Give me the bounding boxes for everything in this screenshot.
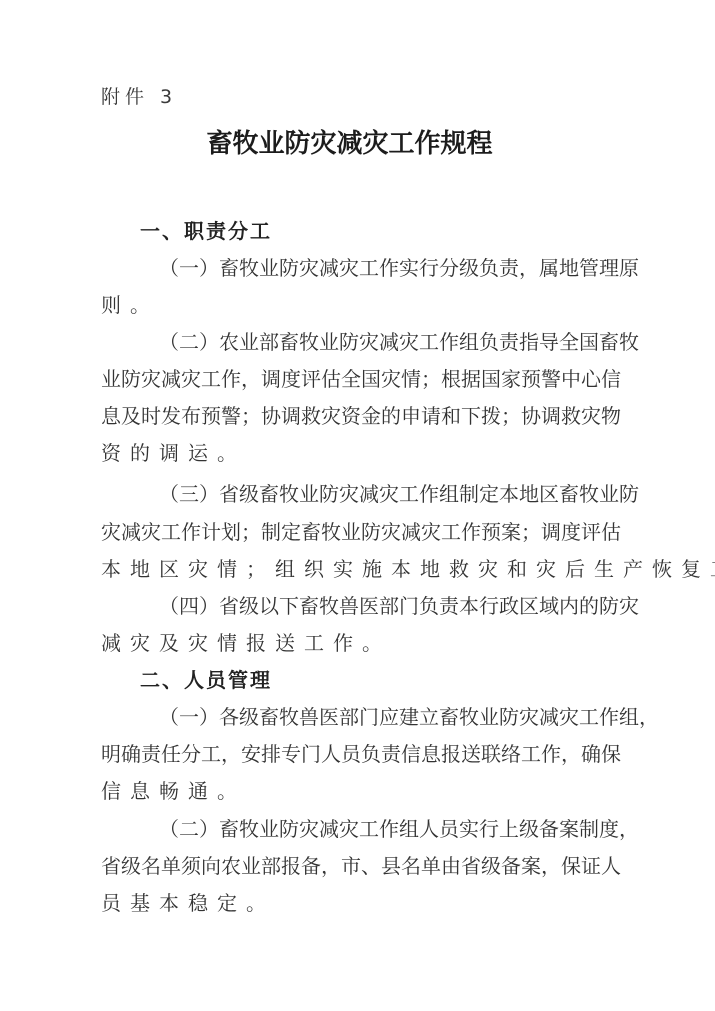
paragraph-line: 资的调运。 [101, 438, 598, 468]
paragraph-line: （四）省级以下畜牧兽医部门负责本行政区域内的防灾 [159, 591, 598, 621]
paragraph-line: 减灾及灾情报送工作。 [101, 628, 598, 658]
paragraph-line: 本地区灾情；组织实施本地救灾和灾后生产恢复工作。 [101, 554, 598, 584]
paragraph-line: 信息畅通。 [101, 776, 598, 806]
document-title: 畜牧业防灾减灾工作规程 [101, 126, 598, 162]
paragraph-line: （一）各级畜牧兽医部门应建立畜牧业防灾减灾工作组， [159, 702, 598, 732]
section-heading-duties: 一、职责分工 [140, 216, 272, 246]
paragraph-line: 灾减灾工作计划；制定畜牧业防灾减灾工作预案；调度评估 [101, 517, 598, 547]
paragraph-line: （二）畜牧业防灾减灾工作组人员实行上级备案制度， [159, 814, 598, 844]
paragraph-line: （二）农业部畜牧业防灾减灾工作组负责指导全国畜牧 [159, 327, 598, 357]
paragraph-line: 明确责任分工，安排专门人员负责信息报送联络工作，确保 [101, 739, 598, 769]
paragraph-line: 业防灾减灾工作，调度评估全国灾情；根据国家预警中心信 [101, 364, 598, 394]
attachment-label: 附件 3 [101, 84, 177, 110]
section-heading-personnel: 二、人员管理 [140, 665, 272, 695]
paragraph-line: 员基本稳定。 [101, 888, 598, 918]
document-page: 附件 3 畜牧业防灾减灾工作规程 一、职责分工 （一）畜牧业防灾减灾工作实行分级… [0, 0, 715, 1011]
paragraph-line: （一）畜牧业防灾减灾工作实行分级负责，属地管理原 [159, 253, 598, 283]
paragraph-line: 息及时发布预警；协调救灾资金的申请和下拨；协调救灾物 [101, 401, 598, 431]
paragraph-line: 则。 [101, 290, 598, 320]
paragraph-line: 省级名单须向农业部报备，市、县名单由省级备案，保证人 [101, 851, 598, 881]
paragraph-line: （三）省级畜牧业防灾减灾工作组制定本地区畜牧业防 [159, 479, 598, 509]
